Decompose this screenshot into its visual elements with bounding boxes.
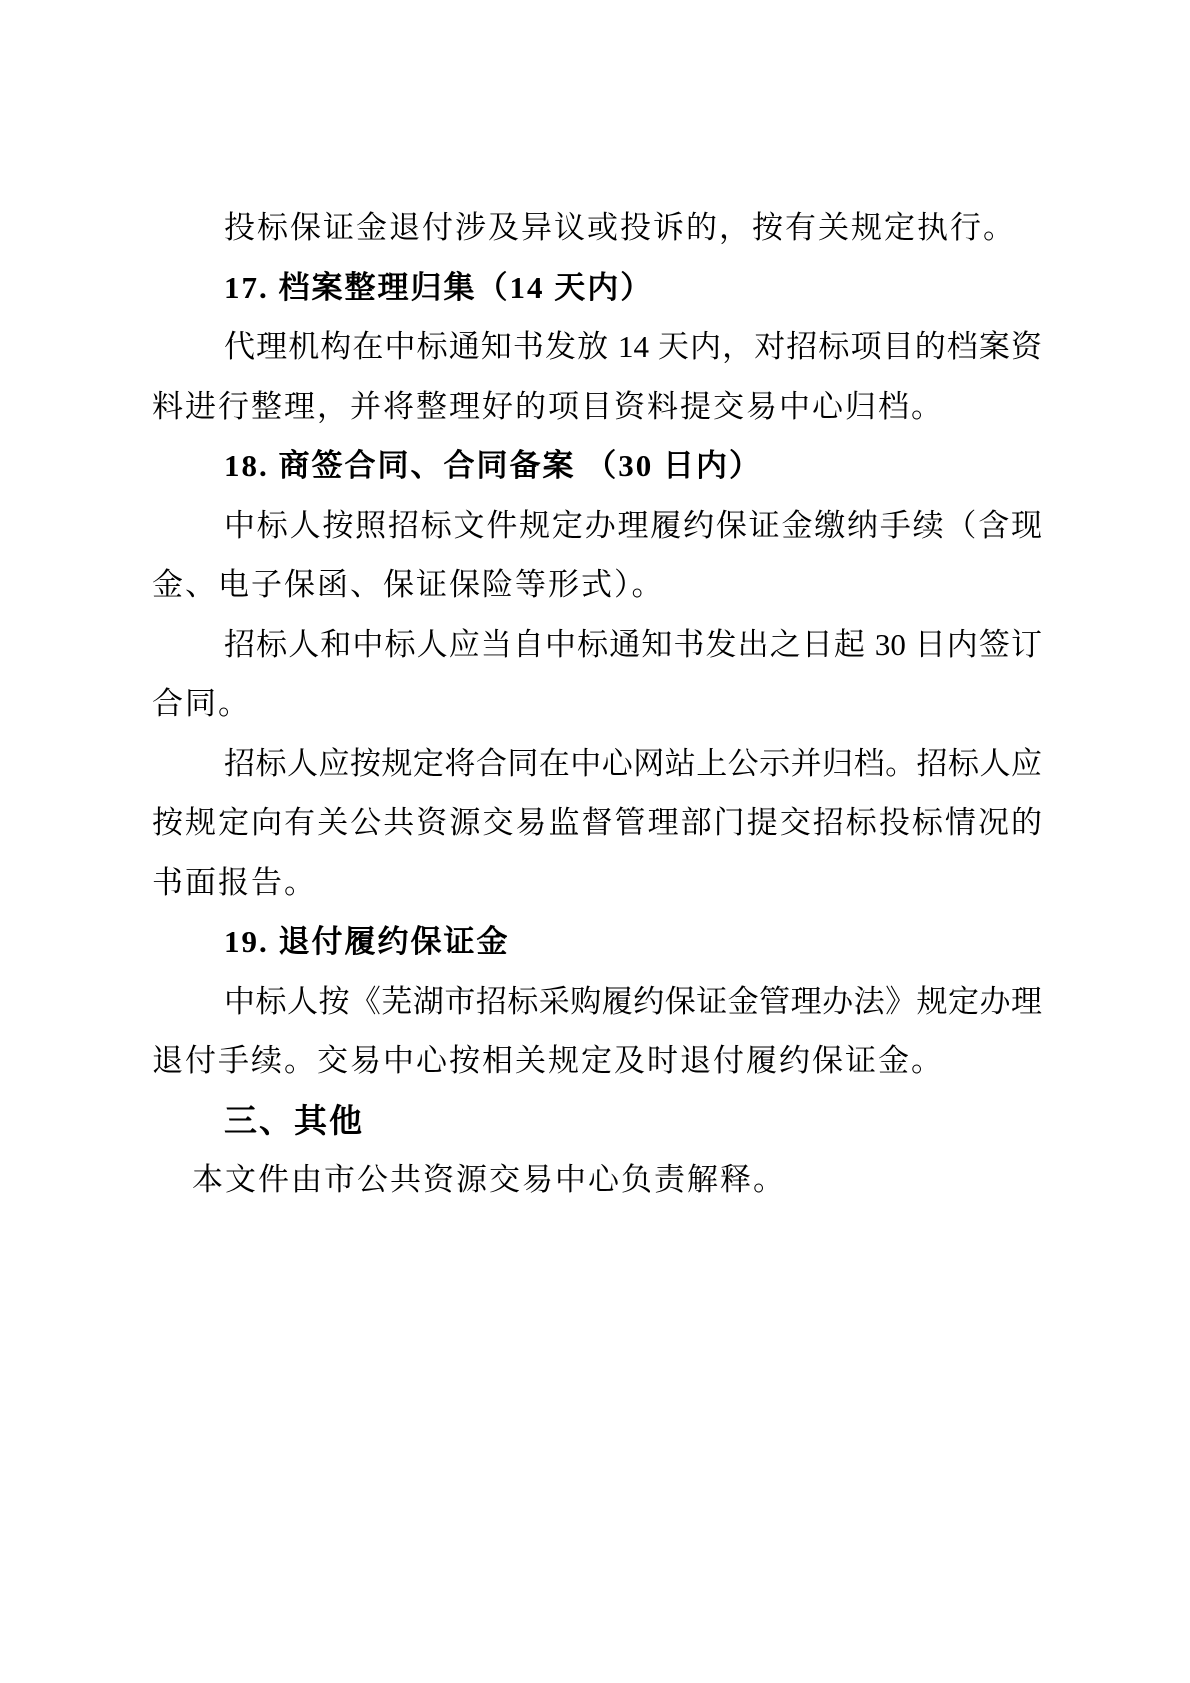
numbered-heading: 17. 档案整理归集（14 天内）: [152, 258, 1042, 318]
body-paragraph: 中标人按照招标文件规定办理履约保证金缴纳手续（含现金、电子保函、保证保险等形式）…: [152, 496, 1042, 615]
document-body: 投标保证金退付涉及异议或投诉的，按有关规定执行。17. 档案整理归集（14 天内…: [152, 198, 1042, 1210]
text-line: 投标保证金退付涉及异议或投诉的，按有关规定执行。: [152, 198, 1042, 258]
text-line: 中标人按《芜湖市招标采购履约保证金管理办法》规定办理: [152, 972, 1042, 1032]
closing-paragraph: 本文件由市公共资源交易中心负责解释。: [152, 1150, 1042, 1210]
body-paragraph: 投标保证金退付涉及异议或投诉的，按有关规定执行。: [152, 198, 1042, 258]
body-paragraph: 中标人按《芜湖市招标采购履约保证金管理办法》规定办理退付手续。交易中心按相关规定…: [152, 972, 1042, 1091]
text-line: 金、电子保函、保证保险等形式）。: [152, 555, 1042, 615]
numbered-heading: 19. 退付履约保证金: [152, 912, 1042, 972]
numbered-heading: 18. 商签合同、合同备案 （30 日内）: [152, 436, 1042, 496]
text-line: 本文件由市公共资源交易中心负责解释。: [152, 1150, 1042, 1210]
text-line: 书面报告。: [152, 853, 1042, 913]
text-line: 代理机构在中标通知书发放 14 天内，对招标项目的档案资: [152, 317, 1042, 377]
text-line: 合同。: [152, 674, 1042, 734]
text-line: 18. 商签合同、合同备案 （30 日内）: [152, 436, 1042, 496]
section-heading: 三、其他: [152, 1091, 1042, 1151]
text-line: 料进行整理，并将整理好的项目资料提交易中心归档。: [152, 377, 1042, 437]
text-line: 19. 退付履约保证金: [152, 912, 1042, 972]
text-line: 中标人按照招标文件规定办理履约保证金缴纳手续（含现: [152, 496, 1042, 556]
text-line: 三、其他: [152, 1091, 1042, 1151]
text-line: 招标人应按规定将合同在中心网站上公示并归档。招标人应: [152, 734, 1042, 794]
body-paragraph: 招标人和中标人应当自中标通知书发出之日起 30 日内签订合同。: [152, 615, 1042, 734]
document-page: 投标保证金退付涉及异议或投诉的，按有关规定执行。17. 档案整理归集（14 天内…: [0, 0, 1190, 1683]
text-line: 17. 档案整理归集（14 天内）: [152, 258, 1042, 318]
text-line: 退付手续。交易中心按相关规定及时退付履约保证金。: [152, 1031, 1042, 1091]
body-paragraph: 招标人应按规定将合同在中心网站上公示并归档。招标人应按规定向有关公共资源交易监督…: [152, 734, 1042, 913]
text-line: 招标人和中标人应当自中标通知书发出之日起 30 日内签订: [152, 615, 1042, 675]
text-line: 按规定向有关公共资源交易监督管理部门提交招标投标情况的: [152, 793, 1042, 853]
body-paragraph: 代理机构在中标通知书发放 14 天内，对招标项目的档案资料进行整理，并将整理好的…: [152, 317, 1042, 436]
